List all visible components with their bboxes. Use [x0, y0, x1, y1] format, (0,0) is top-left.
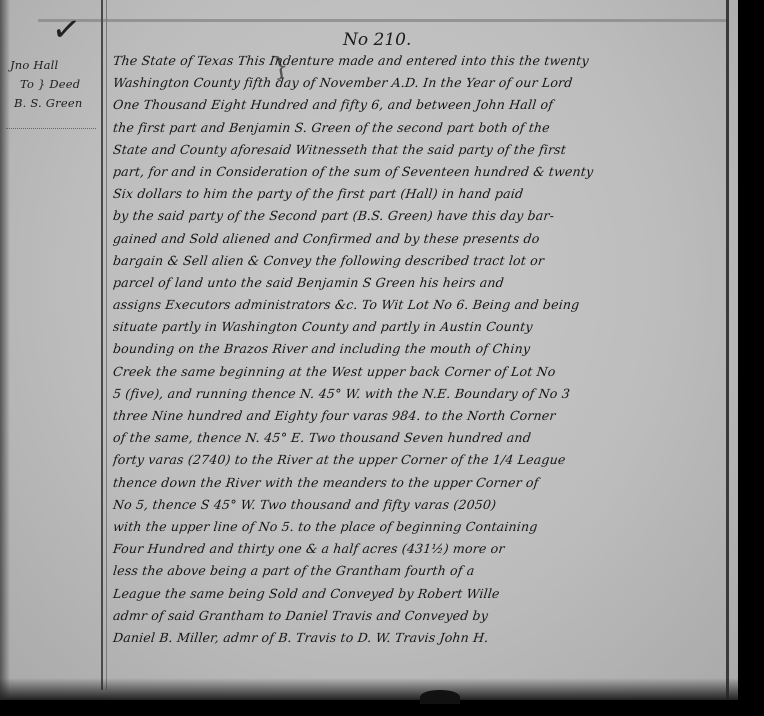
deed-body: The State of Texas This Indenture made a… [113, 50, 725, 649]
page-bottom-shadow [0, 678, 738, 700]
page-binding-edge [726, 0, 729, 700]
record-number: No 210. [343, 30, 411, 50]
deed-line: League the same being Sold and Conveyed … [112, 583, 726, 605]
deed-line: with the upper line of No 5. to the plac… [112, 516, 726, 538]
check-mark-icon: ✓ [49, 8, 83, 52]
marginal-grantee: B. S. Green [10, 94, 98, 113]
scan-border-right [738, 0, 764, 716]
marginal-note: Jno Hall To } Deed B. S. Green [10, 56, 98, 113]
marginal-grantor: Jno Hall [10, 56, 98, 75]
deed-line: admr of said Grantham to Daniel Travis a… [112, 605, 726, 627]
deed-line: situate partly in Washington County and … [112, 316, 726, 338]
deed-line: by the said party of the Second part (B.… [112, 205, 726, 227]
deed-line: Washington County fifth day of November … [112, 72, 726, 94]
deed-line: three Nine hundred and Eighty four varas… [112, 405, 726, 427]
deed-line: gained and Sold aliened and Confirmed an… [112, 228, 726, 250]
deed-line: Six dollars to him the party of the firs… [112, 183, 726, 205]
deed-line: forty varas (2740) to the River at the u… [112, 449, 726, 471]
deed-line: Four Hundred and thirty one & a half acr… [112, 538, 726, 560]
deed-line: bargain & Sell alien & Convey the follow… [112, 250, 726, 272]
deed-line: Creek the same beginning at the West upp… [112, 361, 726, 383]
deed-line: No 5, thence S 45° W. Two thousand and f… [112, 494, 726, 516]
deed-line: less the above being a part of the Grant… [112, 560, 726, 582]
deed-line: Daniel B. Miller, admr of B. Travis to D… [112, 627, 726, 649]
deed-line: 5 (five), and running thence N. 45° W. w… [112, 383, 726, 405]
deed-line: bounding on the Brazos River and includi… [112, 338, 726, 360]
deed-line: part, for and in Consideration of the su… [112, 161, 726, 183]
page-left-shadow [0, 0, 10, 700]
deed-line: the first part and Benjamin S. Green of … [112, 117, 726, 139]
deed-line: One Thousand Eight Hundred and fifty 6, … [112, 94, 726, 116]
deed-line: thence down the River with the meanders … [112, 472, 726, 494]
paper-tear [420, 690, 460, 704]
margin-rule-line [101, 0, 103, 690]
marginal-instrument: To } Deed [10, 75, 98, 94]
deed-line: State and County aforesaid Witnesseth th… [112, 139, 726, 161]
deed-line: parcel of land unto the said Benjamin S … [112, 272, 726, 294]
ledger-page: ✓ Jno Hall To } Deed B. S. Green No 210.… [0, 0, 738, 700]
deed-line: The State of Texas This Indenture made a… [112, 50, 726, 72]
deed-line: of the same, thence N. 45° E. Two thousa… [112, 427, 726, 449]
top-rule-line [38, 19, 728, 22]
marginal-divider [6, 128, 96, 130]
deed-line: assigns Executors administrators &c. To … [112, 294, 726, 316]
margin-rule-line-inner [106, 0, 107, 690]
